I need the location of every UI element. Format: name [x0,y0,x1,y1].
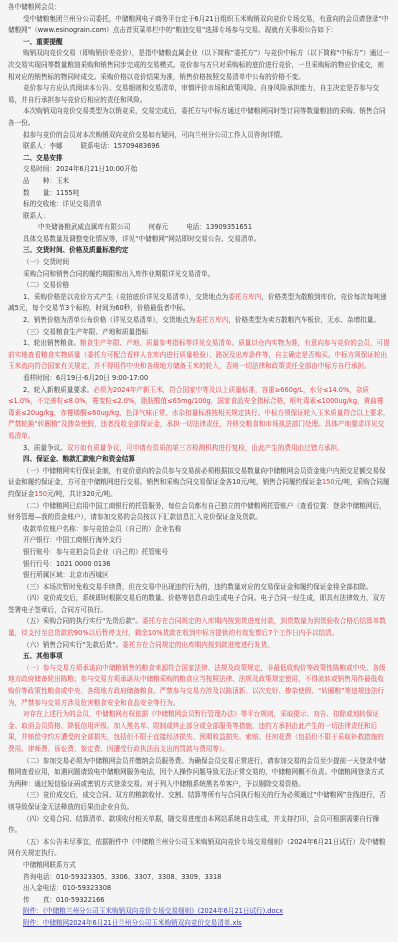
quality-3: 3、质量争议。双方如有质量争议，可申请有资质的第三方检测机构进行复检，由此产生的… [8,443,390,455]
s2-contact-label: 联系人： [8,211,390,223]
contact-name: 联系人：李娜 [23,142,63,150]
fax: 传 真：010-59322166 [8,895,390,907]
text: 2、轮入新粮质量要求。 [23,386,93,394]
trade-place: 标的交收地：详见交易清单 [8,199,390,211]
s1-contact: 联系人：李娜联系电话：15709483696 [8,141,390,153]
consult-phone: 咨询电话：010-59323305、3306、3307、3308、3309、33… [8,872,390,884]
intro-paragraph: 受中储粮集团兰州分公司委托，中储粮网电子商务平台定于6月21日组织玉米购销双向竞… [8,14,390,37]
funds-phone: 出入金电话：010-59323308 [8,883,390,895]
text: ，价格类型为卖方散粮汽车板价，无水、杂增扣量。 [228,316,380,324]
viewing-time: 看样时间：6月19日-6月20日 9:00-17:00 [8,373,390,385]
s3-sub2: （二）交易价格 [8,280,390,292]
section-2-title: 二、交易安排 [8,153,390,165]
s5-paragraph-1: （一）参与交易方须承诺向中储粮销售的粮食来源符合国家法律、法规及政策规定，非最低… [8,663,390,709]
purchase-price: 1、采购价格是以竞价方式产生（竞拍底价详见交易清单），交货地点为委托方库内，价格… [8,292,390,315]
section-4-title: 四、保证金、粮款汇款账户和资金结算 [8,454,390,466]
company: 中央储备粮武威直属库有限公司 [38,223,130,231]
account-name: 收款单位账户名称：参与竞拍会员（自己的）企业名称 [8,524,390,536]
text: 1、采购价格是以竞价方式产生（竞拍底价详见交易清单），交货地点为 [23,293,228,301]
s4-paragraph-2: （二）中储粮网已启用中国工商银行的托管服务，每位会员都有自己独立的中储粮网托管账… [8,501,390,524]
person: 何春元 [148,223,168,231]
s4-paragraph-3: （三）本场次暂时免收交易手续费，但在交易中出现违约行为的，违约数量对应的交易保证… [8,582,390,594]
trade-variety: 品 种：玉米 [8,176,390,188]
s5-paragraph-6: （五）本公告未尽事宜，依据附件中《中储粮兰州分公司玉米购销双向竞价专场交易细则》… [8,837,390,860]
s4-paragraph-4: （四）竞价成交后，系统即时根据交易后的数量、价格等信息自动生成电子合同。电子合同… [8,593,390,616]
s3-sub3: （三）交易粮食生产年限、产地和质量指标 [8,327,390,339]
trade-time: 交易时间：2024年6月21日10:00开始 [8,164,390,176]
announcement-document: 各中储粮网会员： 受中储粮集团兰州分公司委托，中储粮网电子商务平台定于6月21日… [0,0,398,930]
s2-note: 具体交易数量及调整变化情况等，详见“中储粮网”网站即时交易公告、交易清单。 [8,234,390,246]
attachment-rules-link[interactable]: 附件：《中储粮兰州分公司玉米购销双向竞价专场交易细则》(2024年6月21日试行… [8,906,390,918]
s5-paragraph-4: （三）竞价成交后，成交合同、双方的粮款收付、交割、结算等所有与合同执行相关的行为… [8,790,390,813]
bank-code: 银行行号：1021 0000 0136 [8,559,390,571]
trade-quantity: 数 量：1155吨 [8,188,390,200]
quality-2: 2、轮入新粮质量要求。必须为2024年产新玉米，符合国家中等及以上质量标准，容重… [8,385,390,443]
text: 3、质量争议。 [23,444,67,452]
text: 2、销售价格为清单公布价格（详见交易清单），交货地点为 [23,316,195,324]
quality-1: 1、轮出销售粮食。粮食生产年限、产地、质量参考指标等详见交易清单。质量以仓内实物… [8,338,390,373]
s4-paragraph-5: （五）采购合同的执行实行“先货后款”。委托方在合同规定的入库期内按到货进度付款，… [8,616,390,639]
s3-sub1-text: 采购合同和销售合同的履约期限和出入库作业期限详见交易清单。 [8,269,390,281]
highlight: 委托方库内 [228,293,261,301]
s1-paragraph-1: 购销双向竞价交易（即购销价差竞价），是指中储粮直属企业（以下简称“委托方”）与竞… [8,48,390,83]
greeting: 各中储粮网会员： [8,2,390,14]
phone: 电话：13909351651 [186,223,252,231]
highlight: 150 [34,490,47,498]
attachment-list-link[interactable]: 附件：中储粮网2024年6月21日兰州分公司玉米购销双向竞价交易清单.xls [8,918,390,930]
s1-paragraph-3: 本次购销双向竞价交易类型为以销竞采，交易完成后，委托方与中标方通过中储粮网同时签… [8,106,390,129]
highlight: 委托方在合同规定的出库期内按到款进度进行发货。 [122,641,274,649]
highlight: 委托方库内 [195,316,228,324]
s5-paragraph-2: 对存在上述行为的会员，中储粮网有权依据《中储粮网会员暂行管理办法》等平台规则，采… [8,709,390,755]
section-1-title: 一、重要提醒 [8,37,390,49]
section-5-title: 五、其他事项 [8,651,390,663]
s1-paragraph-2: 竞价参与方应认真阅读本公告、交易细则和交易清单，审慎评价市场和政策风险、自身风险… [8,83,390,106]
highlight: 150 [322,478,335,486]
section-3-title: 三、交货时间、价格及质量标准约定 [8,245,390,257]
text: 元/吨，共计320元/吨。 [47,490,117,498]
s2-contact-row: 中央储备粮武威直属库有限公司何春元电话：13909351651 [8,222,390,234]
text: 1、轮出销售粮食。 [23,339,80,347]
s3-sub1: （一）交货时间 [8,257,390,269]
s4-paragraph-6: （六）销售合同实行“先款后货”。委托方在合同规定的出库期内按到款进度进行发货。 [8,640,390,652]
bank: 开户银行：中国工商银行海外支行 [8,535,390,547]
contacts-title: 中储粮网联系方式 [8,860,390,872]
sale-price: 2、销售价格为清单公布价格（详见交易清单），交货地点为委托方库内，价格类型为卖方… [8,315,390,327]
text: （五）采购合同的执行实行“先货后款”。 [23,617,142,625]
s1-paragraph-4: 拟参与竞价的会员对本次购销双向竞价交易如有疑问，可向兰州分公司工作人员咨询详情。 [8,130,390,142]
contact-phone: 联系电话：15709483696 [81,142,160,150]
bank-region: 银行所属区域：北京市西城区 [8,570,390,582]
s4-paragraph-1: （一）中储粮网实行保证金制，有竞价意向的会员参与交易前必须根据拟交易数量向中储粮… [8,466,390,501]
s5-paragraph-5: （四）交易合同、结算清单、款项收付相关单据，随交易进度由本网站系统自动生成，并支… [8,814,390,837]
account-number: 银行账号：参与竞拍会员企业（自己的）托管账号 [8,547,390,559]
text: （六）销售合同实行“先款后货”。 [23,641,122,649]
highlight: 双方如有质量争议，可申请有资质的第三方检测机构进行复检，由此产生的费用由过错方承… [67,444,344,452]
s5-paragraph-3: （二）参加交易必须为中储粮网会员并缴纳会员服务费。为确保会员交易正常进行，请参加… [8,756,390,791]
